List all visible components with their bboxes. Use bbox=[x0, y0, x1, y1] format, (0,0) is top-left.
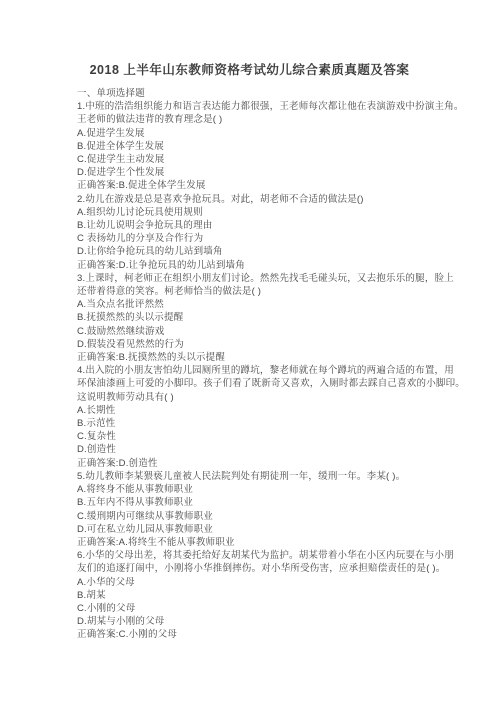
option-line: A.组织幼儿讨论玩具使用规则 bbox=[77, 206, 431, 219]
answer-line: 正确答案:B.促进全体学生发展 bbox=[77, 179, 431, 192]
option-line: C 表扬幼儿的分享及合作行为 bbox=[77, 232, 431, 245]
option-line: A.当众点名批评然然 bbox=[77, 298, 431, 311]
option-line: B.抚摸然然的头以示提醒 bbox=[77, 311, 431, 324]
option-line: B.让幼儿说明会争抢玩具的理由 bbox=[77, 219, 431, 232]
question-stem-line: 2.幼儿在游戏是总是喜欢争抢玩具。对此，胡老师不合适的做法是() bbox=[77, 193, 431, 206]
question-stem-line: 还带着得意的笑容。柯老师恰当的做法是( ) bbox=[77, 285, 431, 298]
option-line: A.将终身不能从事教师职业 bbox=[77, 483, 431, 496]
option-line: A.长期性 bbox=[77, 404, 431, 417]
document-page: 2018 上半年山东教师资格考试幼儿综合素质真题及答案 一、单项选择题 1.中班… bbox=[0, 0, 499, 706]
answer-line: 正确答案:B.抚摸然然的头以示提醒 bbox=[77, 351, 431, 364]
page-title: 2018 上半年山东教师资格考试幼儿综合素质真题及答案 bbox=[0, 0, 499, 78]
option-line: D.让你给争抢玩具的幼儿站到墙角 bbox=[77, 245, 431, 258]
option-line: C.促进学生主动发展 bbox=[77, 153, 431, 166]
option-line: C.缓刑期内可继续从事教师职业 bbox=[77, 510, 431, 523]
option-line: C.小刚的父母 bbox=[77, 602, 431, 615]
answer-line: 正确答案:D.创造性 bbox=[77, 457, 431, 470]
answer-line: 正确答案:D.让争抢玩具的幼儿站到墙角 bbox=[77, 259, 431, 272]
question-stem-line: 这说明教师劳动具有( ) bbox=[77, 391, 431, 404]
option-line: B.胡某 bbox=[77, 589, 431, 602]
section-heading: 一、单项选择题 bbox=[77, 87, 431, 100]
question-stem-line: 1.中班的浩浩组织能力和语言表达能力都很强，王老师每次都让他在表演游戏中扮演主角… bbox=[77, 100, 431, 113]
question-stem-line: 友们的追逐打闹中，小刚将小华推倒摔伤。对小华所受伤害，应承担赔偿责任的是( )。 bbox=[77, 562, 431, 575]
question-stem-line: 6.小华的父母出差，将其委托给好友胡某代为监护。胡某带着小华在小区内玩耍在与小朋 bbox=[77, 549, 431, 562]
option-line: B.促进全体学生发展 bbox=[77, 140, 431, 153]
question-stem-line: 王老师的做法违背的教育理念是( ) bbox=[77, 113, 431, 126]
question-stem-line: 环保油漆画上可爱的小脚印。孩子们看了既新奇又喜欢，入厕时都去踩自己喜欢的小脚印。 bbox=[77, 377, 431, 390]
option-line: B.示范性 bbox=[77, 417, 431, 430]
answer-line: 正确答案:C.小刚的父母 bbox=[77, 628, 431, 641]
option-line: D.创造性 bbox=[77, 443, 431, 456]
option-line: A.促进学生发展 bbox=[77, 127, 431, 140]
option-line: A.小华的父母 bbox=[77, 576, 431, 589]
question-stem-line: 4.出入院的小朋友害怕幼儿园厕所里的蹲坑，黎老师就在每个蹲坑的两遍合适的布置，用 bbox=[77, 364, 431, 377]
option-line: D.假装没看见然然的行为 bbox=[77, 338, 431, 351]
option-line: C.鼓励然然继续游戏 bbox=[77, 325, 431, 338]
document-content: 一、单项选择题 1.中班的浩浩组织能力和语言表达能力都很强，王老师每次都让他在表… bbox=[77, 87, 431, 642]
option-line: D.胡某与小刚的父母 bbox=[77, 615, 431, 628]
question-stem-line: 3.上课时，柯老师正在组织小朋友们讨论。然然先找毛毛碰头玩，又去抱乐乐的腿，脸上 bbox=[77, 272, 431, 285]
answer-line: 正确答案:A.将终生不能从事教师职业 bbox=[77, 536, 431, 549]
option-line: D.可在私立幼儿园从事教师职业 bbox=[77, 523, 431, 536]
questions-list: 1.中班的浩浩组织能力和语言表达能力都很强，王老师每次都让他在表演游戏中扮演主角… bbox=[77, 100, 431, 641]
option-line: D.促进学生个性发展 bbox=[77, 166, 431, 179]
option-line: B.五年内不得从事教师职业 bbox=[77, 496, 431, 509]
question-stem-line: 5.幼儿教师李某猥亵儿童被人民法院判处有期徒刑一年，缓刑一年。李某( )。 bbox=[77, 470, 431, 483]
option-line: C.复杂性 bbox=[77, 430, 431, 443]
